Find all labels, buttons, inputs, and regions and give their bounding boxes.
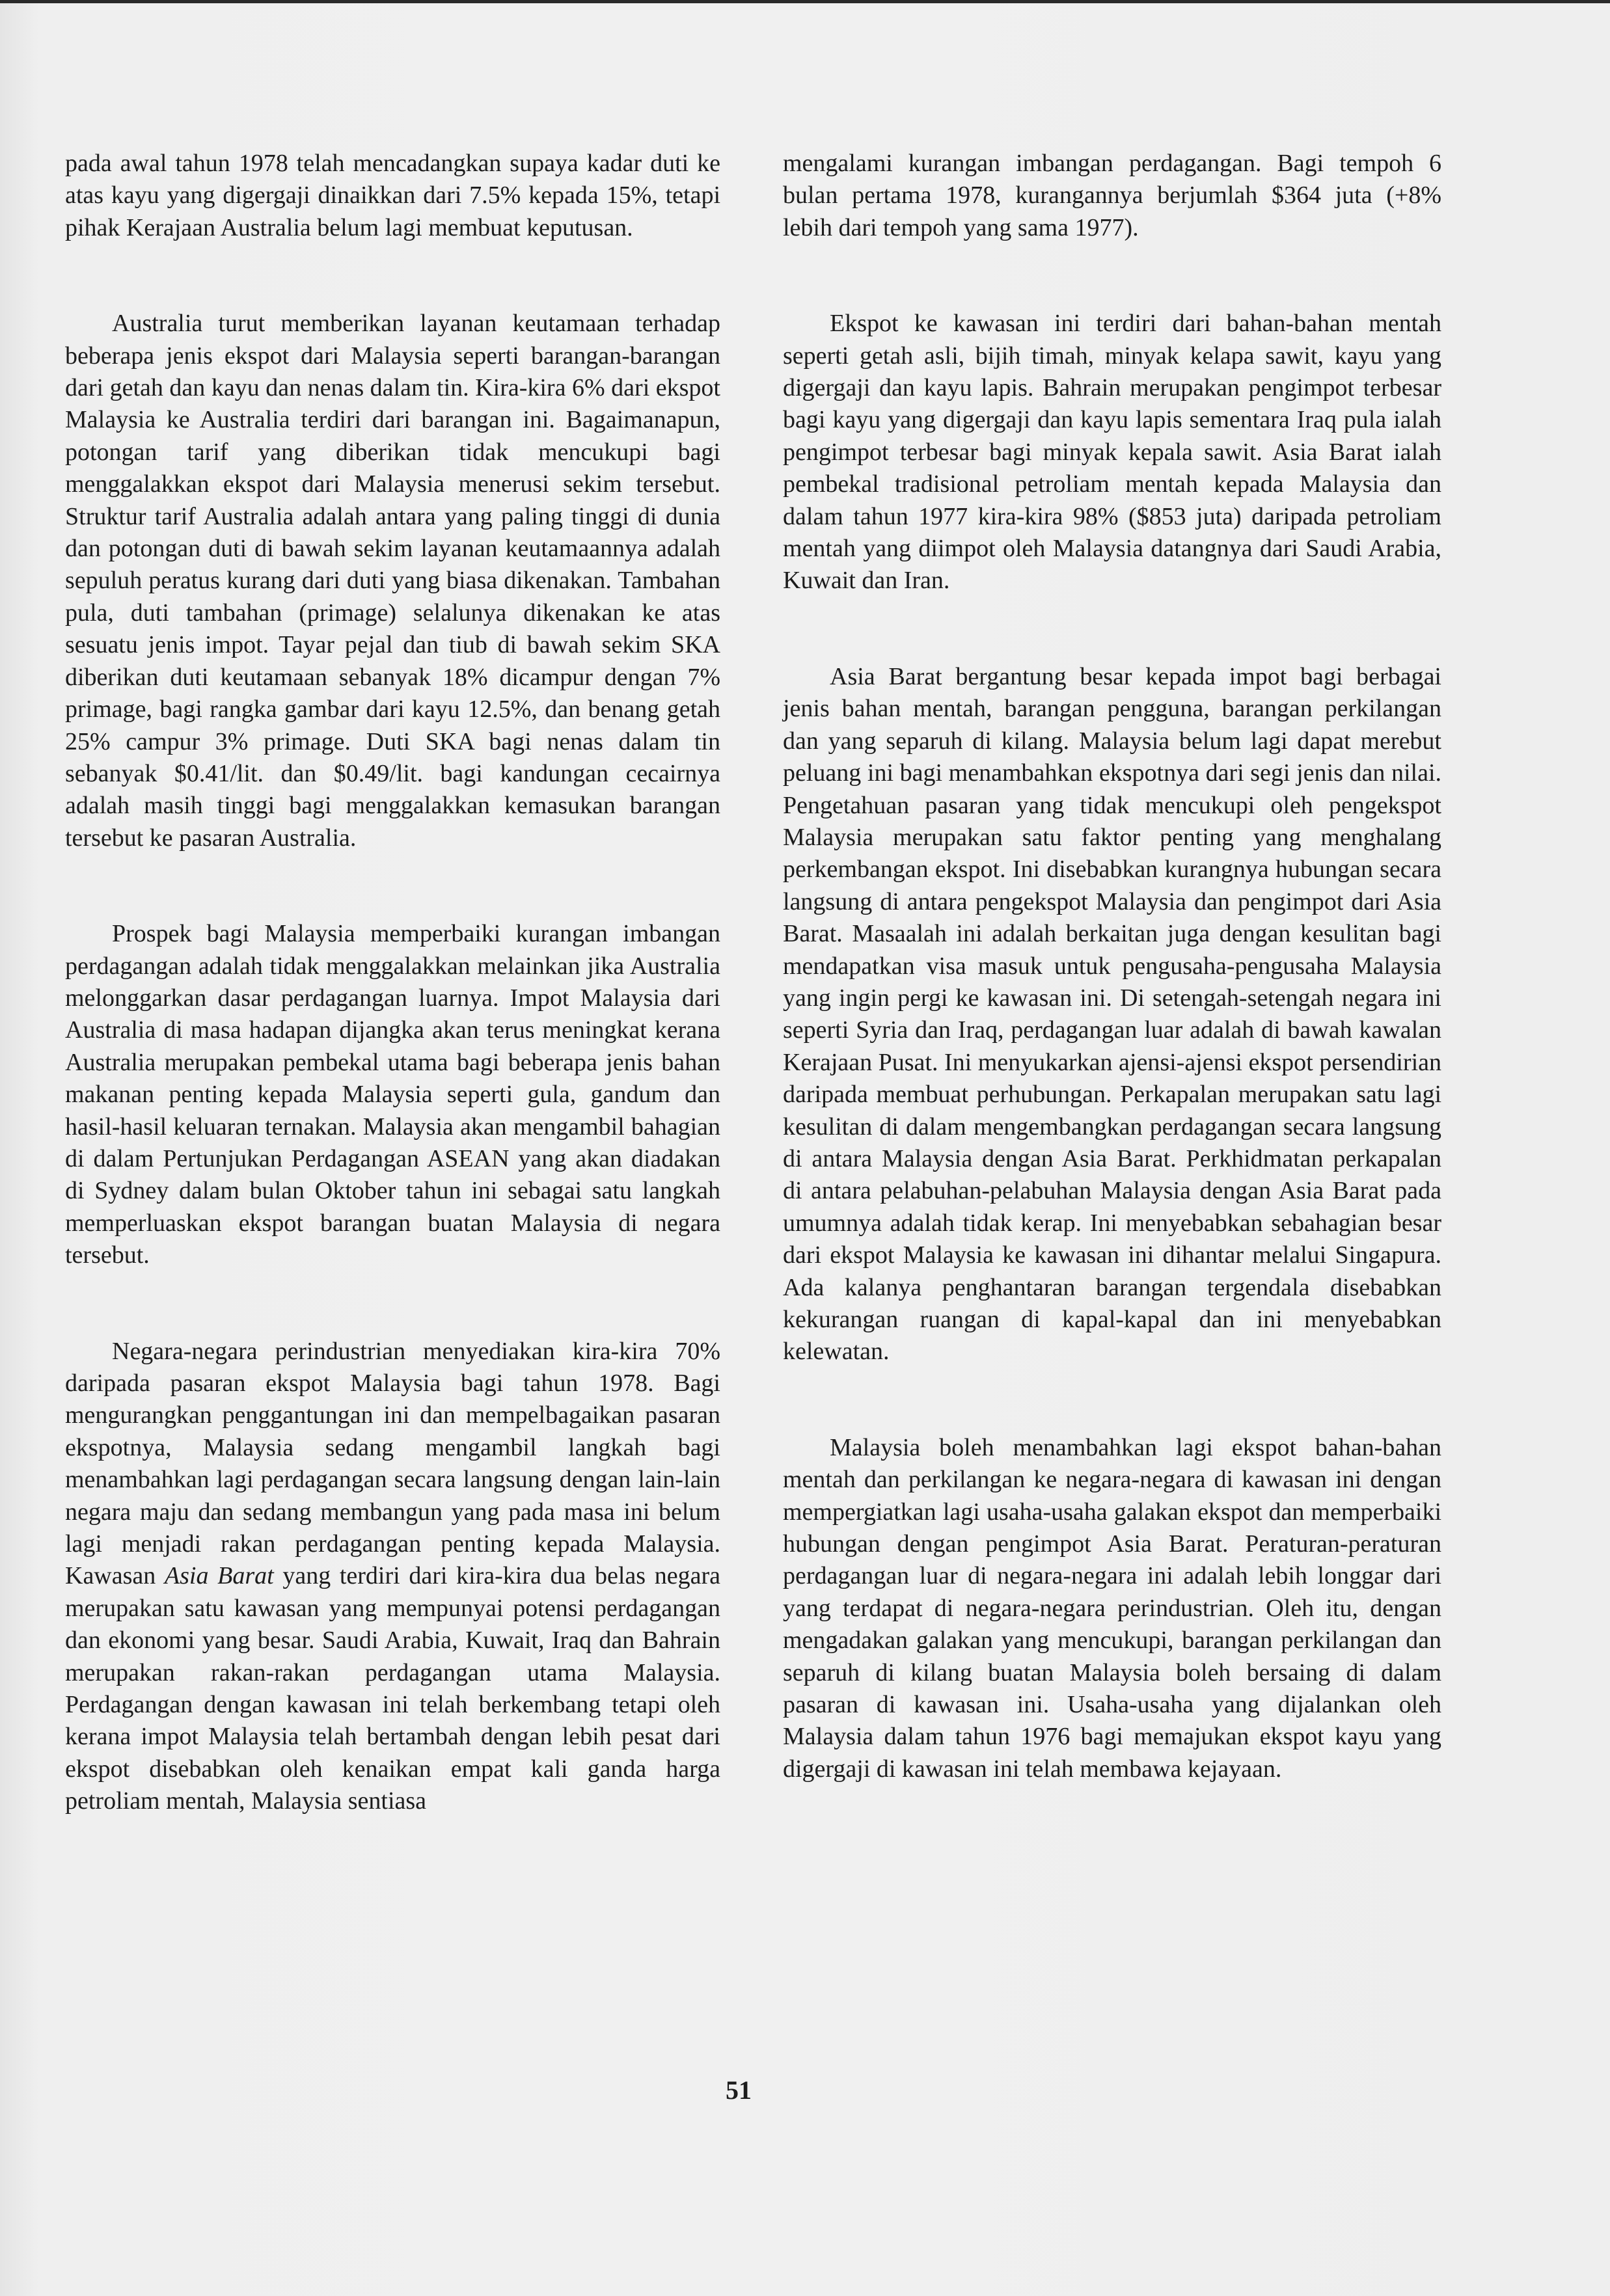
paragraph-asia-barat-imports: Asia Barat bergantung besar kepada impot… [783,661,1441,1368]
paragraph-malaysia-can-increase: Malaysia boleh menambahkan lagi ekspot b… [783,1432,1441,1785]
paragraph-australia-preferences: Australia turut memberikan layanan keuta… [65,308,720,854]
right-column: mengalami kurangan imbangan perdagangan.… [783,148,1441,1785]
paragraph-prospects: Prospek bagi Malaysia memperbaiki kurang… [65,918,720,1271]
paragraph-continued-tariff: pada awal tahun 1978 telah mencadangkan … [65,148,720,244]
paragraph-text-part: yang terdiri dari kira-kira dua belas ne… [65,1562,720,1815]
paragraph-trade-deficit: mengalami kurangan imbangan perdagangan.… [783,148,1441,244]
document-page: pada awal tahun 1978 telah mencadangkan … [0,3,1610,2296]
page-number: 51 [726,2077,752,2103]
paragraph-text-part: Negara-negara perindustrian menyediakan … [65,1338,720,1590]
paragraph-industrial-countries: Negara-negara perindustrian menyediakan … [65,1336,720,1818]
left-column: pada awal tahun 1978 telah mencadangkan … [65,148,720,1818]
italic-term-asia-barat: Asia Barat [165,1562,274,1589]
paragraph-exports-to-region: Ekspot ke kawasan ini terdiri dari bahan… [783,308,1441,597]
